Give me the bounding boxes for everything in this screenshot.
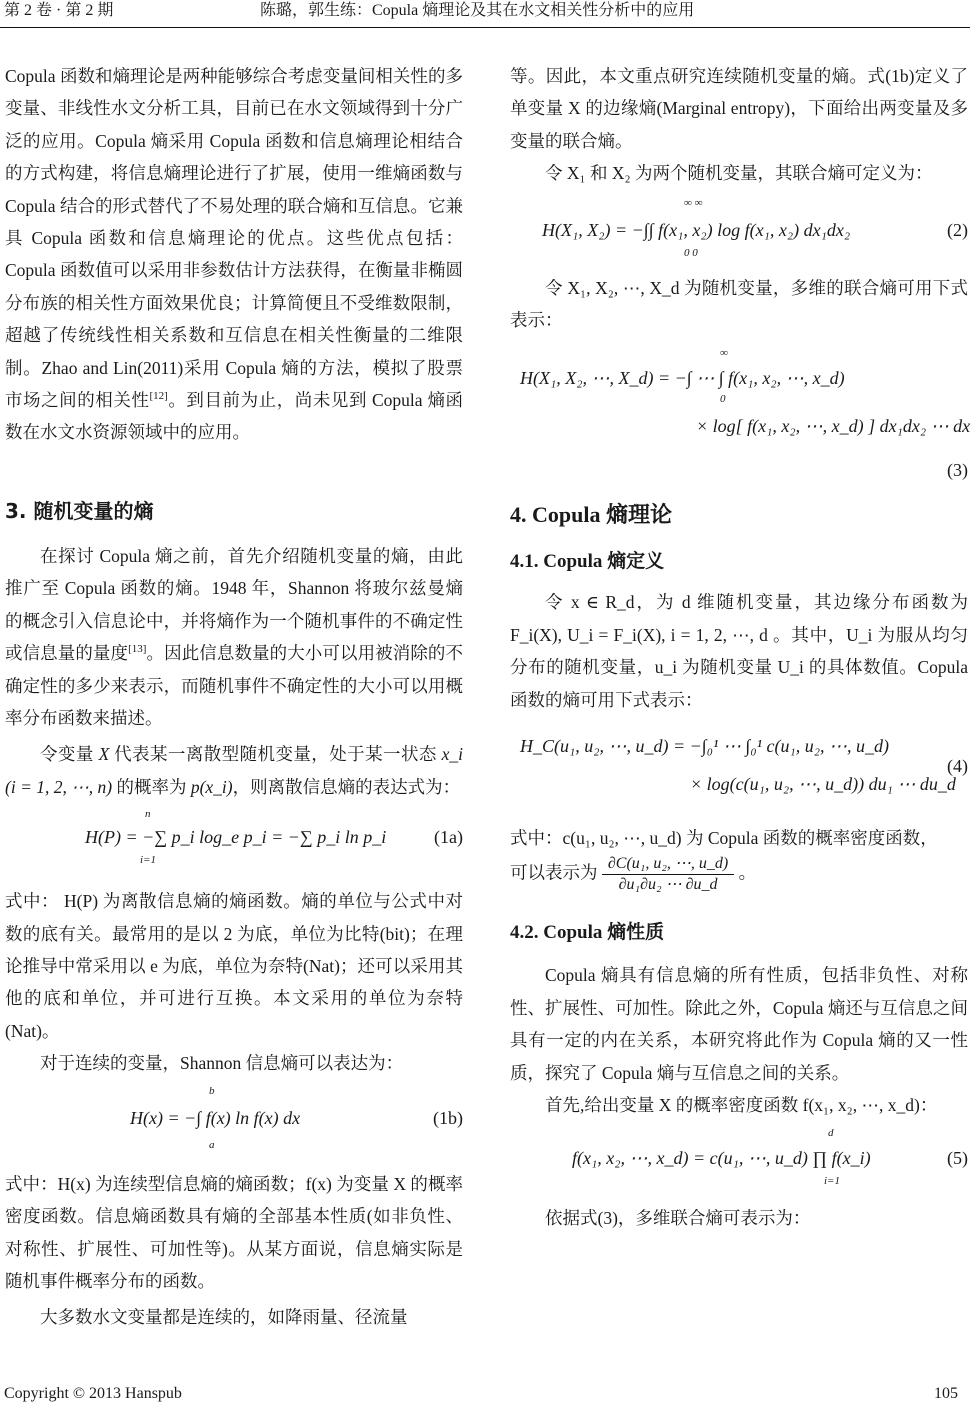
equation-number: (2): [947, 218, 968, 242]
section-4-1-heading: 4.1. Copula 熵定义: [510, 548, 968, 576]
page-number: 105: [934, 1384, 958, 1404]
equation-2: ∞ ∞ H(X₁, X₂) = −∫∫ f(x₁, x₂) log f(x₁, …: [510, 190, 968, 272]
section-4-heading: 4. Copula 熵理论: [510, 500, 968, 530]
left-column: Copula 函数和熵理论是两种能够综合考虑变量间相关性的多变量、非线性水文分析…: [5, 60, 463, 1334]
paragraph-text: 令变量: [40, 744, 99, 764]
paragraph-text: ，则离散信息熵的表达式为：: [233, 777, 461, 797]
right-paragraph-8: 依据式(3)，多维联合熵可表示为：: [510, 1202, 968, 1234]
math-inline: p(x_i): [191, 777, 233, 797]
fraction-numerator: ∂C(u₁, u₂, ⋯, u_d): [602, 854, 734, 875]
paragraph-text: 代表某一离散型随机变量，处于某一状态: [109, 744, 441, 764]
section-3-heading: 3. 随机变量的熵: [5, 496, 463, 526]
paragraph-text: 式中：c(u₁, u₂, ⋯, u_d) 为 Copula 函数的概率密度函数，: [510, 828, 938, 848]
equation-4: H_C(u₁, u₂, ⋯, u_d) = −∫₀¹ ⋯ ∫₀¹ c(u₁, u…: [510, 722, 968, 822]
equation-line-1: H(X₁, X₂, ⋯, X_d) = −∫ ⋯ ∫ f(x₁, x₂, ⋯, …: [520, 366, 845, 390]
section-3-paragraph-1: 在探讨 Copula 熵之前，首先介绍随机变量的熵，由此推广至 Copula 函…: [5, 540, 463, 734]
paragraph-text: 可以表示为: [510, 863, 598, 883]
right-paragraph-3: 令 X₁, X₂, ⋯, X_d 为随机变量，多维的联合熵可用下式表示：: [510, 272, 968, 337]
citation-ref: [13]: [128, 643, 146, 655]
sum-lower-limit: i=1: [140, 855, 156, 866]
integral-lower-limits: 0 0: [684, 248, 698, 259]
section-3-paragraph-2: 令变量 X 代表某一离散型随机变量，处于某一状态 x_i (i = 1, 2, …: [5, 738, 463, 803]
equation-5: d f(x₁, x₂, ⋯, x_d) = c(u₁, ⋯, u_d) ∏ f(…: [510, 1122, 968, 1202]
equation-number: (4): [947, 754, 968, 778]
equation-3: ∞ H(X₁, X₂, ⋯, X_d) = −∫ ⋯ ∫ f(x₁, x₂, ⋯…: [510, 336, 968, 486]
right-paragraph-5: 式中：c(u₁, u₂, ⋯, u_d) 为 Copula 函数的概率密度函数，…: [510, 822, 968, 895]
partial-derivative-fraction: ∂C(u₁, u₂, ⋯, u_d) ∂u₁∂u₂ ⋯ ∂u_d: [602, 854, 734, 895]
equation-number: (1a): [434, 825, 463, 849]
integral-lower-limit: 0: [720, 394, 726, 405]
right-paragraph-4: 令 x ∈ R_d，为 d 维随机变量，其边缘分布函数为 F_i(X), U_i…: [510, 586, 968, 716]
equation-body: H(P) = −∑ p_i log_e p_i = −∑ p_i ln p_i: [85, 825, 386, 849]
right-paragraph-7: 首先,给出变量 X 的概率密度函数 f(x₁, x₂, ⋯, x_d)：: [510, 1089, 968, 1121]
equation-body: f(x₁, x₂, ⋯, x_d) = c(u₁, ⋯, u_d) ∏ f(x_…: [572, 1146, 871, 1170]
section-3-paragraph-5: 式中：H(x) 为连续型信息熵的熵函数；f(x) 为变量 X 的概率密度函数。信…: [5, 1168, 463, 1298]
integral-upper-limits: ∞ ∞: [684, 198, 702, 209]
equation-1b: b H(x) = −∫ f(x) ln f(x) dx a (1b): [5, 1080, 463, 1164]
intro-paragraph: Copula 函数和熵理论是两种能够综合考虑变量间相关性的多变量、非线性水文分析…: [5, 60, 463, 480]
equation-number: (5): [947, 1146, 968, 1170]
right-column: 等。因此，本文重点研究连续随机变量的熵。式(1b)定义了单变量 X 的边缘熵(M…: [510, 60, 968, 1234]
equation-1a: n H(P) = −∑ p_i log_e p_i = −∑ p_i ln p_…: [5, 803, 463, 881]
section-3-paragraph-3: 式中： H(P) 为离散信息熵的熵函数。熵的单位与公式中对数的底有关。最常用的是…: [5, 885, 463, 1047]
equation-line-2: × log(c(u₁, u₂, ⋯, u_d)) du₁ ⋯ du_d: [690, 772, 956, 796]
right-paragraph-2: 令 X₁ 和 X₂ 为两个随机变量，其联合熵可定义为：: [510, 157, 968, 189]
equation-number: (1b): [433, 1106, 463, 1130]
integral-lower-limit: a: [209, 1140, 215, 1151]
section-3-paragraph-4: 对于连续的变量，Shannon 信息熵可以表达为：: [5, 1047, 463, 1079]
equation-body: H(x) = −∫ f(x) ln f(x) dx: [130, 1106, 300, 1130]
integral-upper-limit: b: [209, 1086, 215, 1097]
paragraph-text: 的概率为: [112, 777, 191, 797]
journal-issue: 第 2 卷 · 第 2 期: [4, 0, 113, 22]
math-var: X: [99, 744, 110, 764]
section-4-2-heading: 4.2. Copula 熵性质: [510, 919, 968, 947]
right-paragraph-1: 等。因此，本文重点研究连续随机变量的熵。式(1b)定义了单变量 X 的边缘熵(M…: [510, 60, 968, 157]
equation-line-1: H_C(u₁, u₂, ⋯, u_d) = −∫₀¹ ⋯ ∫₀¹ c(u₁, u…: [520, 734, 889, 758]
section-3-paragraph-6: 大多数水文变量都是连续的，如降雨量、径流量: [5, 1301, 463, 1333]
sum-upper-limit: n: [145, 809, 151, 820]
paragraph-text: Copula 函数和熵理论是两种能够综合考虑变量间相关性的多变量、非线性水文分析…: [5, 66, 463, 410]
running-header: 第 2 卷 · 第 2 期 陈璐，郭生练：Copula 熵理论及其在水文相关性分…: [0, 0, 970, 28]
running-title: 陈璐，郭生练：Copula 熵理论及其在水文相关性分析中的应用: [260, 0, 694, 22]
paragraph-text: 。: [734, 863, 756, 883]
citation-ref: [12]: [149, 390, 167, 402]
fraction-denominator: ∂u₁∂u₂ ⋯ ∂u_d: [602, 875, 734, 895]
integral-upper-limit: ∞: [720, 348, 728, 359]
equation-number: (3): [947, 458, 968, 482]
product-upper-limit: d: [828, 1128, 834, 1139]
product-lower-limit: i=1: [824, 1176, 840, 1187]
equation-body: H(X₁, X₂) = −∫∫ f(x₁, x₂) log f(x₁, x₂) …: [542, 218, 850, 242]
equation-line-2: × log[ f(x₁, x₂, ⋯, x_d) ] dx₁dx₂ ⋯ dx_d: [696, 414, 970, 438]
copyright-notice: Copyright © 2013 Hanspub: [4, 1384, 182, 1404]
right-paragraph-6: Copula 熵具有信息熵的所有性质，包括非负性、对称性、扩展性、可加性。除此之…: [510, 959, 968, 1089]
